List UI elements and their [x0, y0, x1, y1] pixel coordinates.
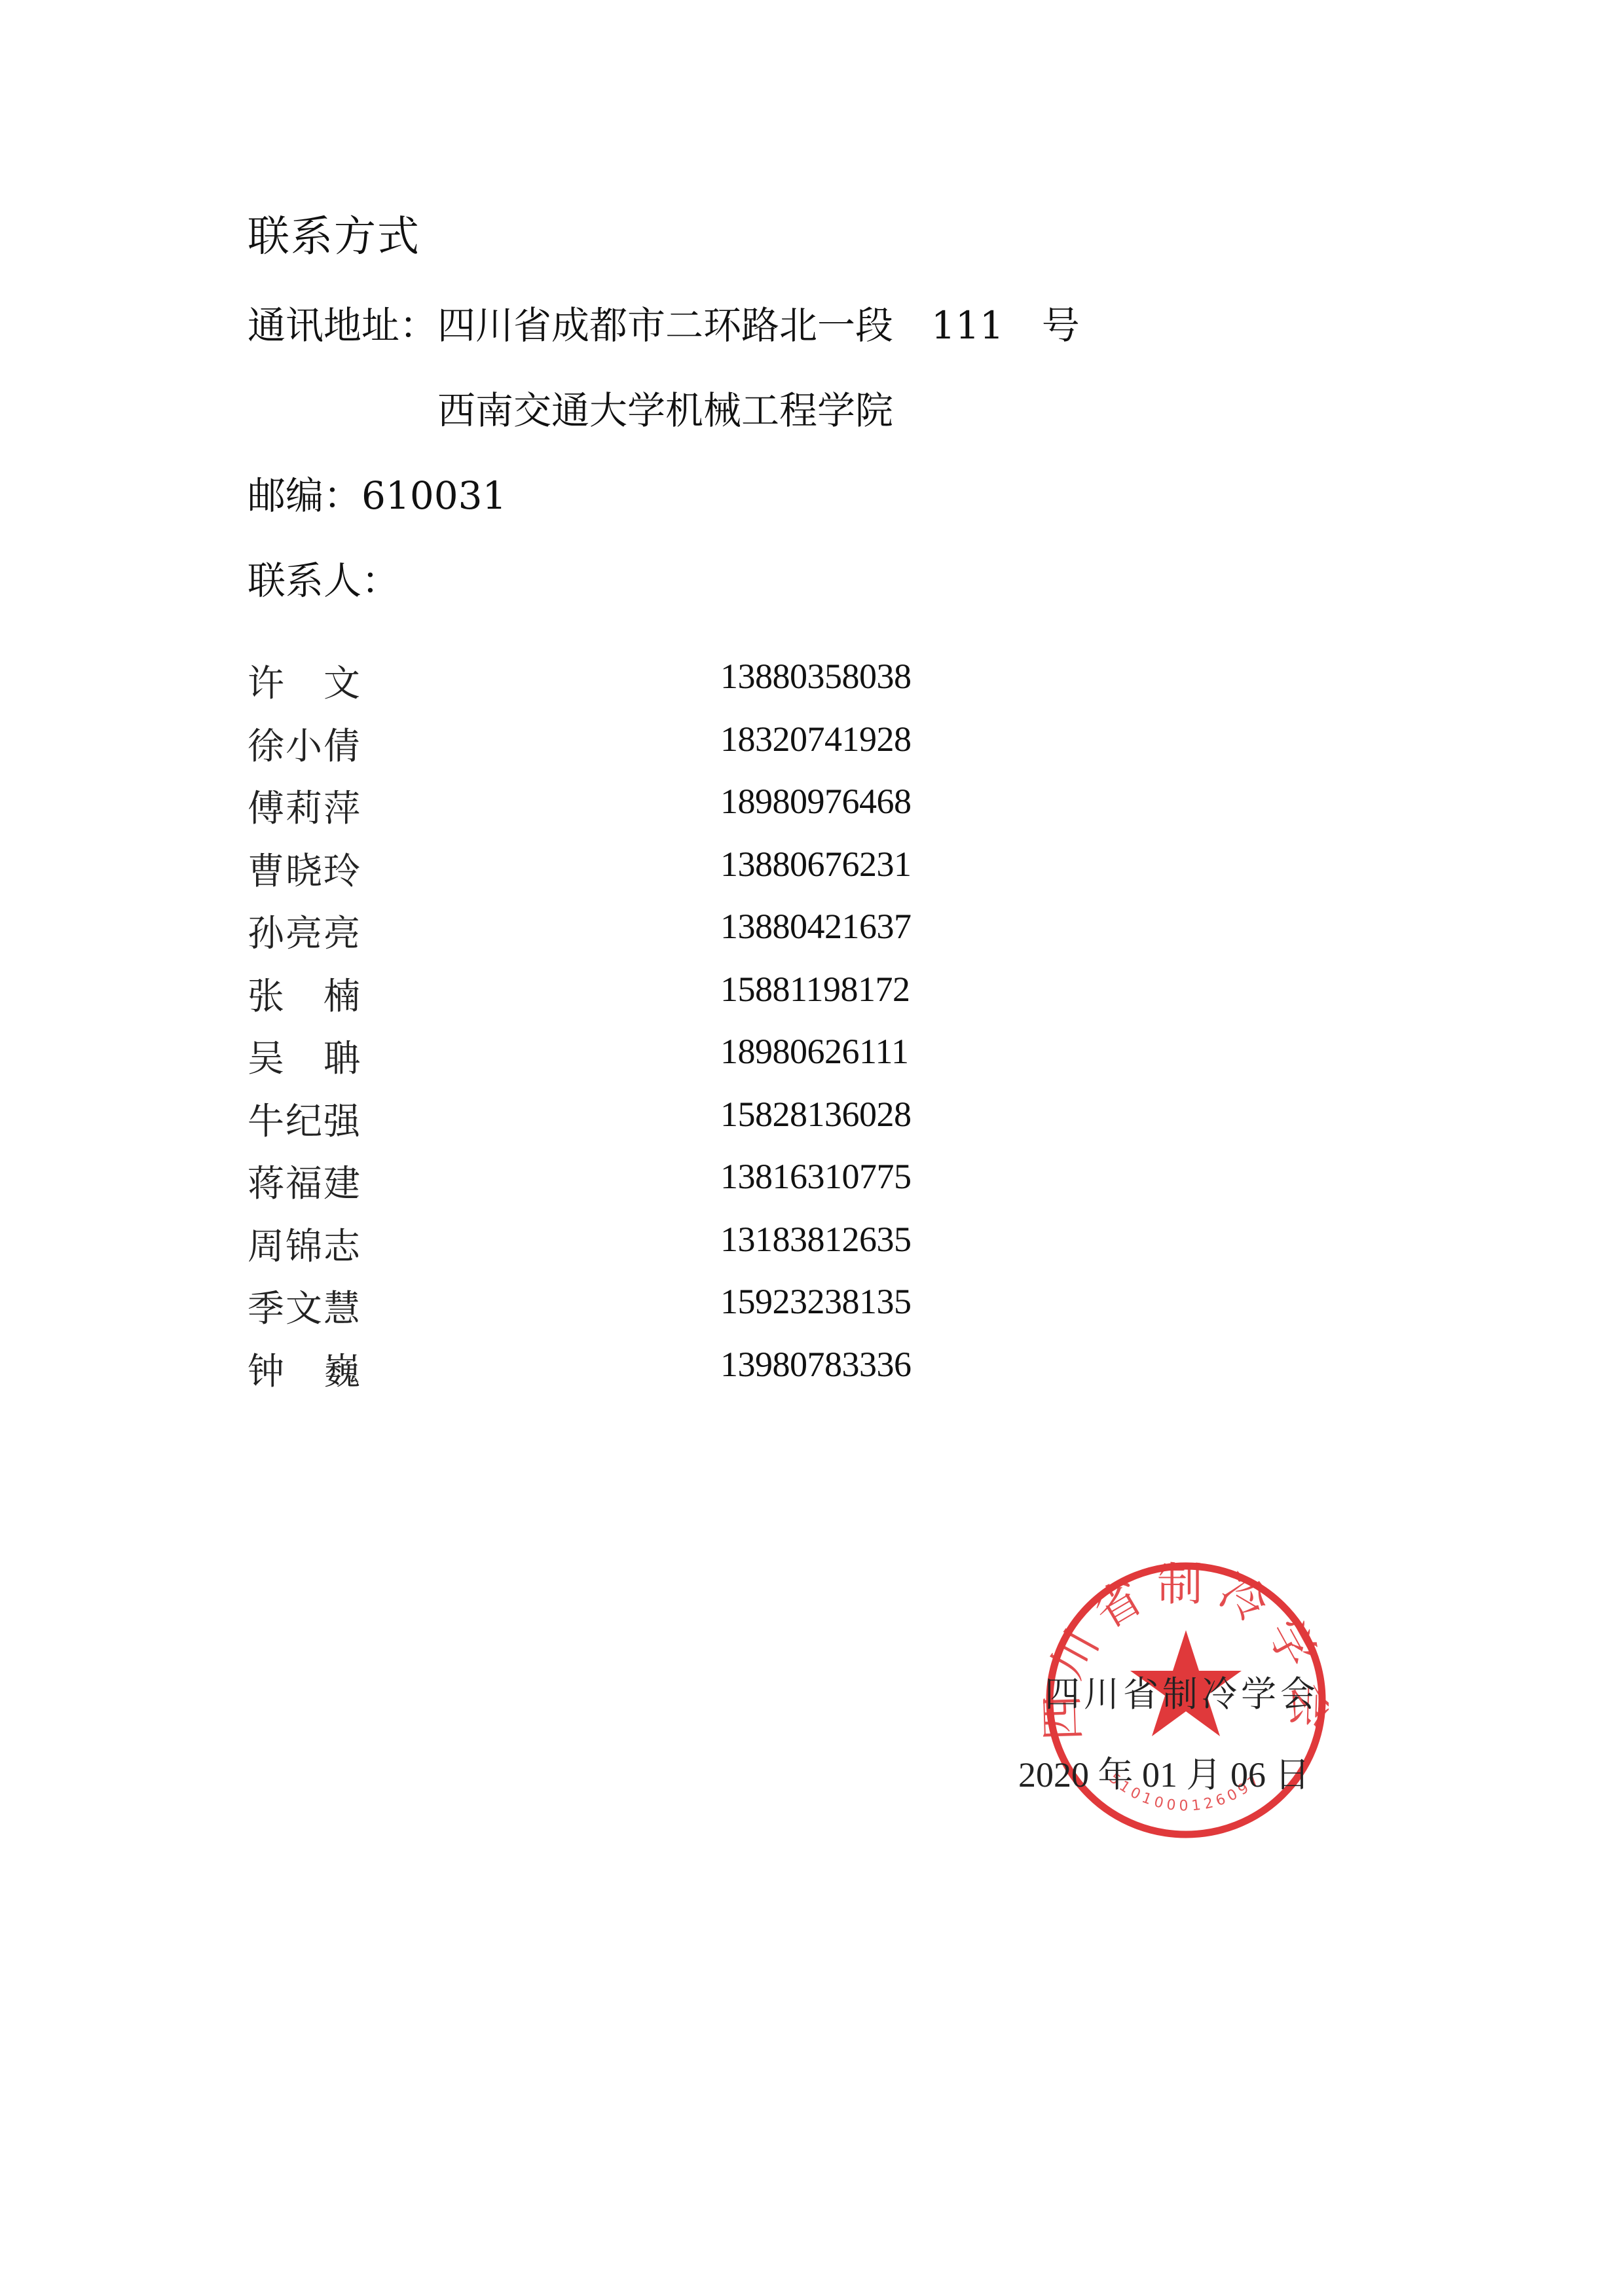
contact-row: 孙亮亮13880421637	[248, 905, 968, 968]
contact-row: 许 文13880358038	[248, 655, 968, 718]
contact-phone: 15828136028	[720, 1094, 912, 1135]
contact-phone: 13880676231	[720, 844, 912, 884]
contact-row: 曹晓玲13880676231	[248, 843, 968, 905]
contact-row: 周锦志13183812635	[248, 1218, 968, 1281]
contact-name: 蒋福建	[248, 1155, 361, 1207]
contact-row: 张 楠15881198172	[248, 968, 968, 1030]
postal-code: 610031	[361, 473, 506, 518]
contact-phone: 13980783336	[720, 1344, 912, 1385]
contact-row: 傅莉萍18980976468	[248, 780, 968, 843]
contact-phone: 13880358038	[720, 656, 912, 697]
address-label: 通讯地址：	[248, 303, 437, 348]
contact-phone: 13816310775	[720, 1156, 912, 1197]
address-value: 四川省成都市二环路北一段 111 号	[437, 303, 1080, 348]
contact-name: 张 楠	[248, 968, 361, 1020]
address-line-2: 西南交通大学机械工程学院	[437, 392, 893, 429]
contact-row: 徐小倩18320741928	[248, 718, 968, 780]
contact-list: 许 文13880358038 徐小倩18320741928 傅莉萍1898097…	[248, 655, 968, 1405]
contact-name: 季文慧	[248, 1280, 361, 1332]
contact-name: 吴 聃	[248, 1030, 361, 1082]
contact-row: 蒋福建13816310775	[248, 1155, 968, 1218]
contact-row: 季文慧15923238135	[248, 1280, 968, 1343]
contact-phone: 18980626111	[720, 1031, 909, 1072]
contacts-label: 联系人：	[248, 562, 399, 600]
signature-organization: 四川省制冷学会	[1044, 1666, 1319, 1717]
contact-name: 许 文	[248, 655, 361, 707]
contact-name: 徐小倩	[248, 718, 361, 770]
address-line-1: 通讯地址：四川省成都市二环路北一段 111 号	[248, 306, 1080, 344]
contact-phone: 18320741928	[720, 719, 912, 759]
contact-phone: 15881198172	[720, 969, 910, 1010]
contact-name: 周锦志	[248, 1218, 361, 1270]
contact-row: 吴 聃18980626111	[248, 1030, 968, 1093]
contact-name: 孙亮亮	[248, 905, 361, 957]
contact-name: 牛纪强	[248, 1093, 361, 1145]
contact-phone: 18980976468	[720, 781, 912, 822]
contact-name: 曹晓玲	[248, 843, 361, 895]
postal-code-line: 邮编：610031	[248, 477, 506, 515]
page-title: 联系方式	[248, 216, 420, 258]
signature-date: 2020 年 01 月 06 日	[1018, 1747, 1310, 1797]
contact-row: 钟 巍13980783336	[248, 1343, 968, 1406]
contact-phone: 13880421637	[720, 906, 912, 947]
contact-name: 钟 巍	[248, 1343, 361, 1395]
contact-row: 牛纪强15828136028	[248, 1093, 968, 1156]
postal-label: 邮编：	[248, 473, 361, 518]
contact-phone: 15923238135	[720, 1281, 912, 1322]
contact-phone: 13183812635	[720, 1219, 912, 1260]
contact-name: 傅莉萍	[248, 780, 361, 832]
